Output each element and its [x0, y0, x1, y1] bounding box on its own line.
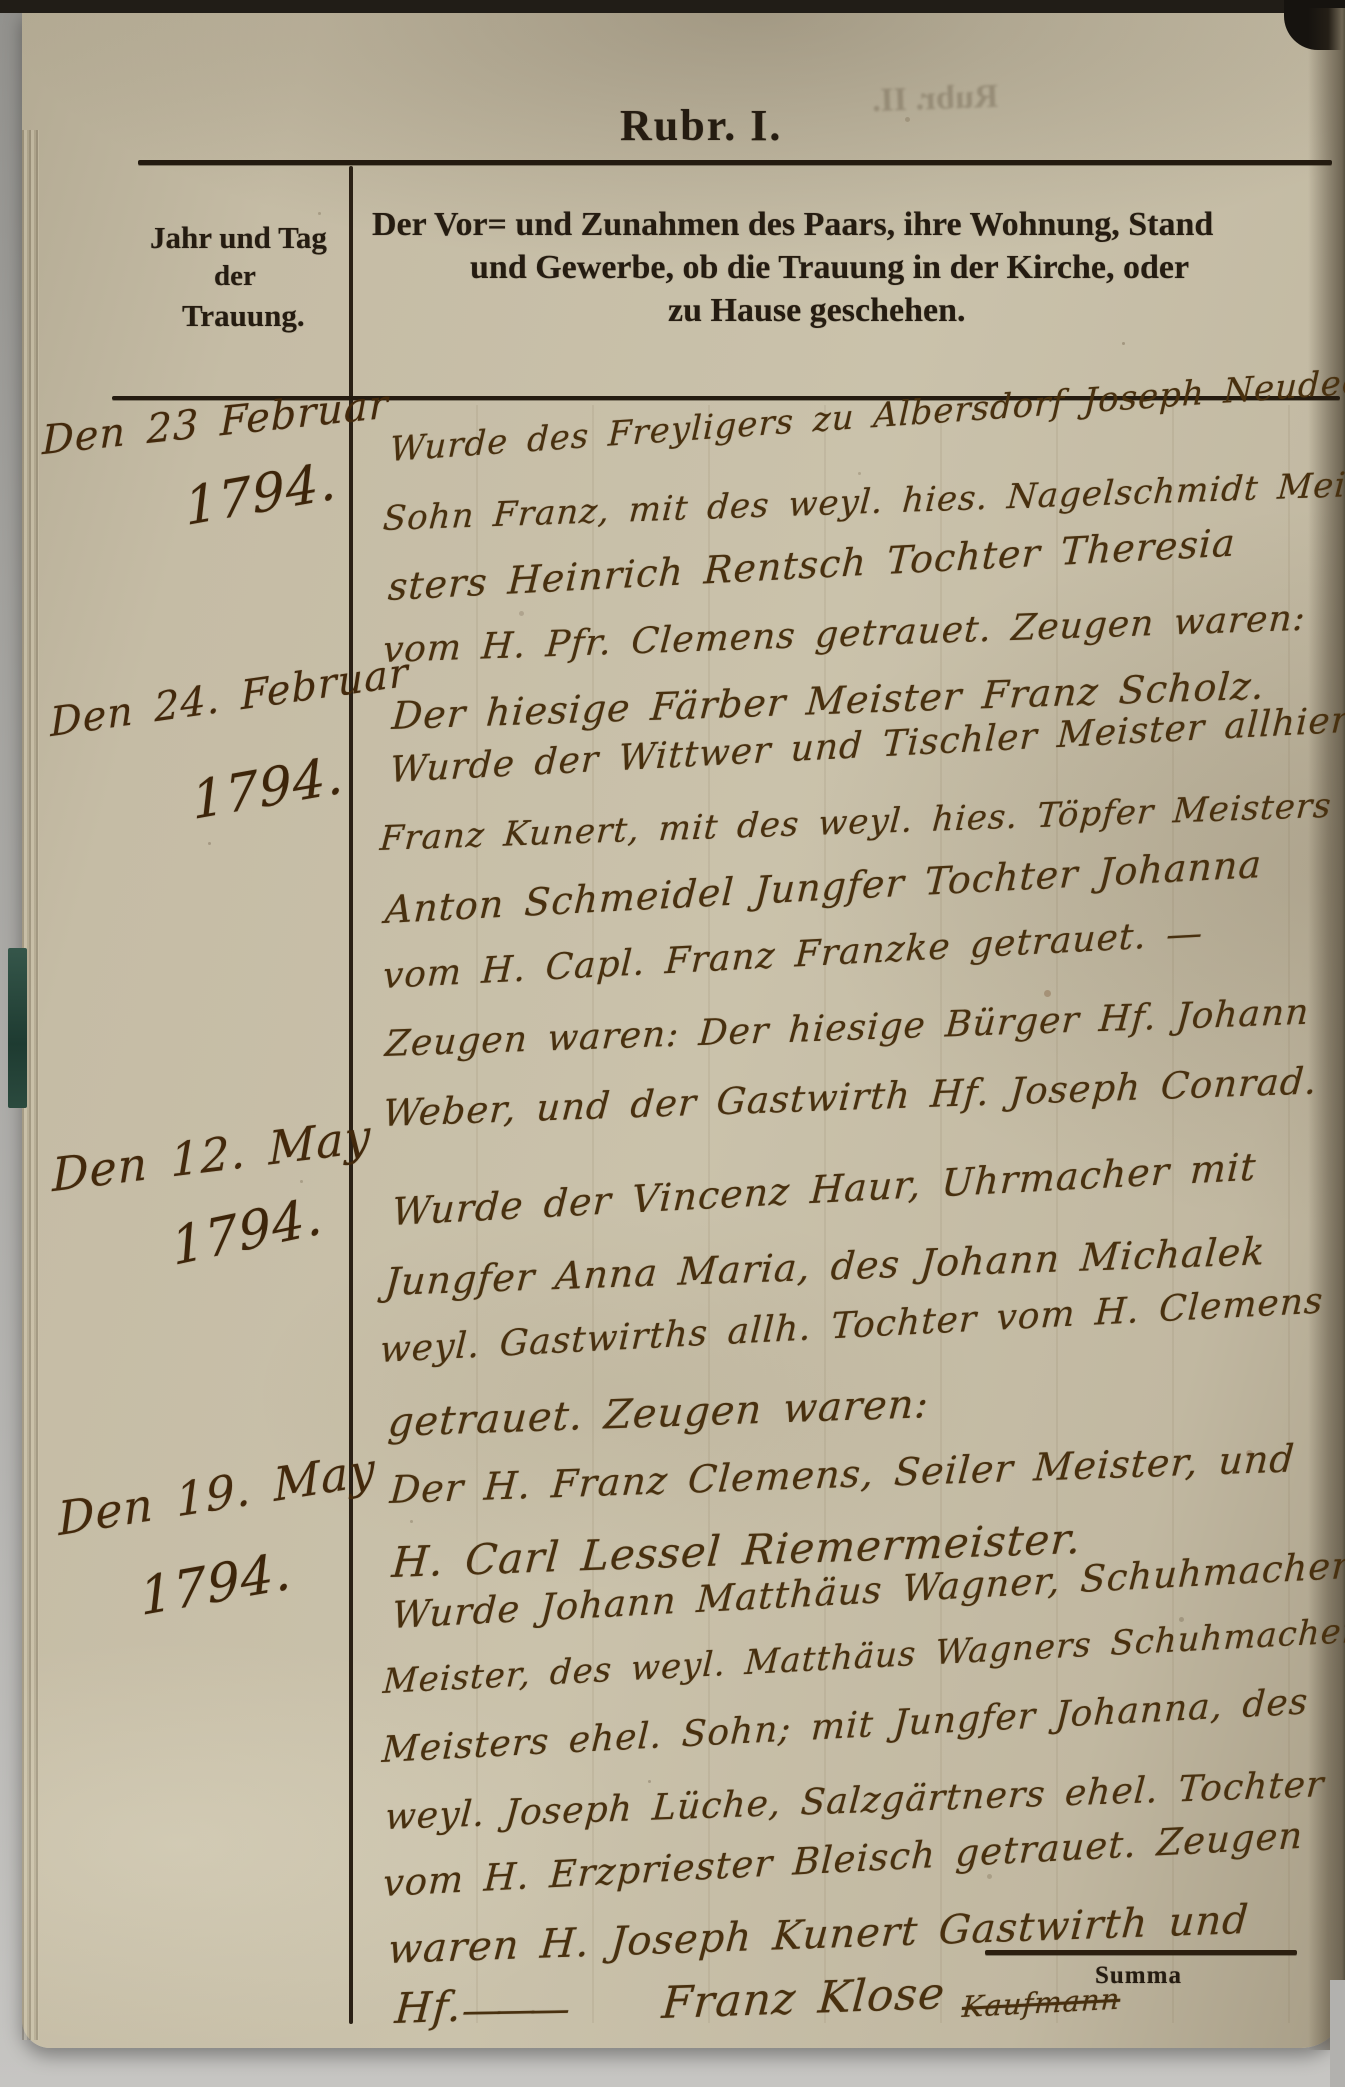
- summa-rule: [985, 1950, 1297, 1955]
- header-right-line: Der Vor= und Zunahmen des Paars, ihre Wo…: [372, 206, 1213, 244]
- ink-bleed-ghost-text: Rubr. II.: [871, 78, 999, 120]
- summa-label: Summa: [1095, 1962, 1182, 1990]
- header-right-line: und Gewerbe, ob die Trauung in der Kirch…: [470, 249, 1189, 287]
- header-right-line: zu Hause geschehen.: [668, 292, 966, 330]
- entry-footer-name: Franz Klose: [660, 1968, 947, 2029]
- entry-footer-dash: ———: [460, 1986, 566, 2034]
- title-underline-rule: [138, 160, 1332, 165]
- book-top-edge: [0, 0, 1345, 13]
- page-title: Rubr. I.: [620, 100, 782, 151]
- column-divider-line: [349, 166, 353, 2024]
- header-left-line: Trauung.: [182, 298, 305, 334]
- header-left-line: Jahr und Tag: [150, 220, 327, 256]
- header-left-line: der: [214, 260, 256, 293]
- entry-footer-prefix: Hf.: [393, 1982, 463, 2033]
- photograph-of-register: { "page": { "title": "Rubr. I.", "ghost_…: [0, 0, 1345, 2087]
- bookmark-ribbon: [8, 948, 27, 1108]
